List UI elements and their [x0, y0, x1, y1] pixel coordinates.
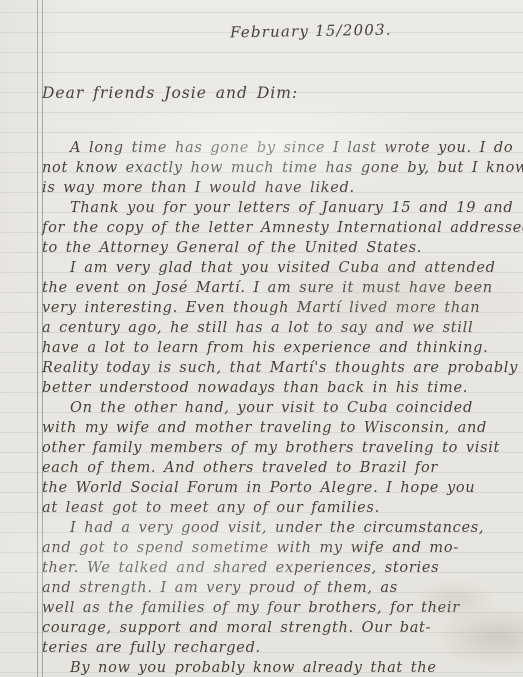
letter-line: other family members of my brothers trav… [42, 439, 519, 459]
letter-line: very interesting. Even though Martí live… [42, 299, 519, 319]
letter-line: I am very glad that you visited Cuba and… [42, 259, 519, 279]
letter-line: By now you probably know already that th… [42, 659, 519, 677]
letter-date: February 15/2003. [230, 21, 392, 42]
letter-line: well as the families of my four brothers… [42, 599, 519, 619]
letter-line: the World Social Forum in Porto Alegre. … [42, 479, 519, 499]
letter-line: Thank you for your letters of January 15… [42, 199, 519, 219]
letter-line: Reality today is such, that Martí's thou… [42, 359, 519, 379]
letter-line: for the copy of the letter Amnesty Inter… [42, 219, 519, 239]
letter-line: is way more than I would have liked. [42, 179, 519, 199]
letter-line: teries are fully recharged. [42, 639, 519, 659]
letter-line: I had a very good visit, under the circu… [42, 519, 519, 539]
letter-line: a century ago, he still has a lot to say… [42, 319, 519, 339]
letter-line: On the other hand, your visit to Cuba co… [42, 399, 519, 419]
letter-body: A long time has gone by since I last wro… [42, 139, 519, 677]
letter-line: ther. We talked and shared experiences, … [42, 559, 519, 579]
letter-line: to the Attorney General of the United St… [42, 239, 519, 259]
letter-line: with my wife and mother traveling to Wis… [42, 419, 519, 439]
letter-line: and strength. I am very proud of them, a… [42, 579, 519, 599]
letter-line: better understood nowadays than back in … [42, 379, 519, 399]
letter-line: A long time has gone by since I last wro… [42, 139, 519, 159]
letter-page: February 15/2003. Dear friends Josie and… [0, 0, 523, 677]
letter-line: have a lot to learn from his experience … [42, 339, 519, 359]
letter-line: the event on José Martí. I am sure it mu… [42, 279, 519, 299]
letter-line: each of them. And others traveled to Bra… [42, 459, 519, 479]
letter-line: not know exactly how much time has gone … [42, 159, 519, 179]
letter-line: and got to spend sometime with my wife a… [42, 539, 519, 559]
letter-line: courage, support and moral strength. Our… [42, 619, 519, 639]
letter-salutation: Dear friends Josie and Dim: [42, 84, 298, 102]
letter-line: at least got to meet any of our families… [42, 499, 519, 519]
